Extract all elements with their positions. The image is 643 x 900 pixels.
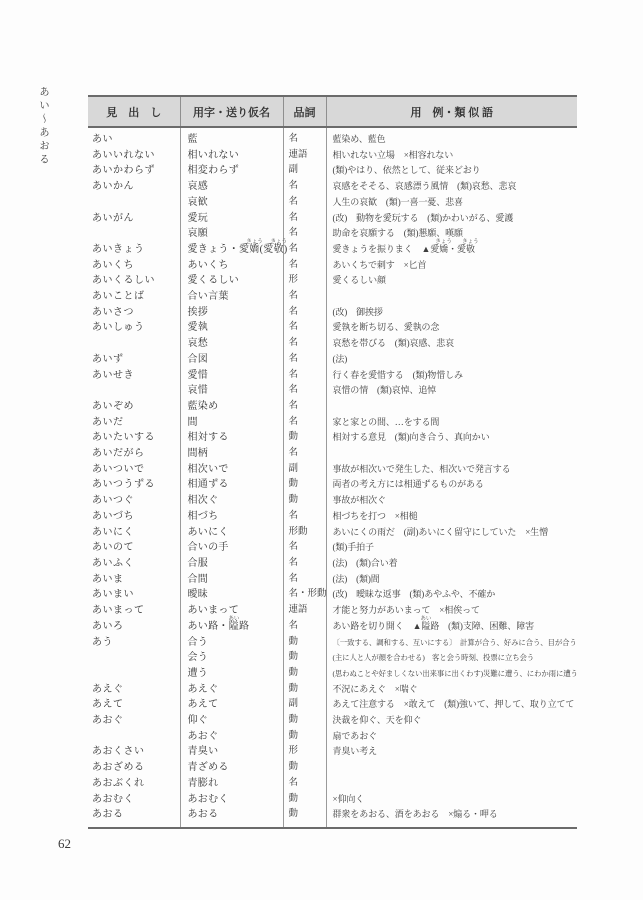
cell-yourei — [326, 399, 577, 415]
cell-hinshi: 名 — [283, 383, 326, 399]
cell-yoji: 挨拶 — [180, 305, 283, 321]
cell-hinshi: 名 — [283, 336, 326, 352]
cell-hinshi: 名 — [283, 289, 326, 305]
cell-yoji: 愛惜 — [180, 368, 283, 384]
cell-midashi: あいま — [88, 572, 180, 588]
cell-midashi: あえて — [88, 697, 180, 713]
cell-hinshi: 動 — [283, 666, 326, 682]
cell-yoji: 仰ぐ — [180, 713, 283, 729]
cell-midashi: あおむく — [88, 792, 180, 808]
cell-yoji: 愛執 — [180, 320, 283, 336]
cell-yoji: 合う — [180, 635, 283, 651]
cell-hinshi: 動 — [283, 635, 326, 651]
cell-yoji: 間 — [180, 415, 283, 431]
table-row: あおくさい青臭い形青臭い考え — [88, 744, 577, 760]
table-row: あおざめる青ざめる動 — [88, 760, 577, 776]
table-row: 哀願名助命を哀願する (類)懇願、嘆願 — [88, 226, 577, 242]
cell-midashi: あいにく — [88, 525, 180, 541]
cell-midashi: あいことば — [88, 289, 180, 305]
cell-yourei: 才能と努力があいまって ×相俟って — [326, 603, 577, 619]
cell-midashi: あいつうずる — [88, 477, 180, 493]
cell-yourei: (改) 曖昧な返事 (類)あやふや、不確か — [326, 587, 577, 603]
table-row: あおぶくれ青膨れ名 — [88, 776, 577, 792]
table-row: あいだ間名家と家との間、…をする間 — [88, 415, 577, 431]
cell-midashi — [88, 666, 180, 682]
cell-midashi — [88, 226, 180, 242]
cell-yourei — [326, 446, 577, 462]
cell-midashi: あいず — [88, 352, 180, 368]
cell-yoji: あおる — [180, 807, 283, 828]
cell-midashi: あう — [88, 635, 180, 651]
cell-yoji: 間柄 — [180, 446, 283, 462]
cell-midashi: あいがん — [88, 211, 180, 227]
cell-midashi: あえぐ — [88, 682, 180, 698]
table-row: あいにくあいにく形動あいにくの雨だ (副)あいにく留守にしていた ×生憎 — [88, 525, 577, 541]
cell-midashi: あい — [88, 127, 180, 148]
cell-yourei: ×仰向く — [326, 792, 577, 808]
cell-midashi: あいつぐ — [88, 493, 180, 509]
cell-yourei: 哀愁を帯びる (類)哀感、悲哀 — [326, 336, 577, 352]
table-row: あいさつ挨拶名(改) 御挨拶 — [88, 305, 577, 321]
cell-yourei: (法) — [326, 352, 577, 368]
cell-yoji: 藍 — [180, 127, 283, 148]
table-row: あいいれない相いれない連語相いれない立場 ×相容れない — [88, 148, 577, 164]
cell-hinshi: 名 — [283, 368, 326, 384]
cell-hinshi: 名 — [283, 399, 326, 415]
cell-midashi: あいだ — [88, 415, 180, 431]
cell-yourei: 哀惜の情 (類)哀悼、追悼 — [326, 383, 577, 399]
table-row: あいふく合服名(法) (類)合い着 — [88, 556, 577, 572]
table-row: あえてあえて副あえて注意する ×敢えて (類)強いて、押して、取り立てて — [88, 697, 577, 713]
cell-hinshi: 動 — [283, 792, 326, 808]
cell-yoji: 哀歓 — [180, 195, 283, 211]
cell-hinshi: 名 — [283, 619, 326, 635]
table-row: あいくちあいくち名あいくちで刺す ×匕首 — [88, 258, 577, 274]
cell-hinshi: 名 — [283, 415, 326, 431]
cell-yourei: 藍染め、藍色 — [326, 127, 577, 148]
cell-yoji: 愛玩 — [180, 211, 283, 227]
cell-yoji: 哀願 — [180, 226, 283, 242]
table-row: あいせき愛惜名行く春を愛惜する (類)物惜しみ — [88, 368, 577, 384]
cell-yourei: 群衆をあおる、酒をあおる ×煽る・呷る — [326, 807, 577, 828]
cell-yourei: 〔一致する、調和する、互いにする〕 計算が合う、好みに合う、目が合う — [326, 635, 577, 651]
cell-yoji: 相対する — [180, 430, 283, 446]
cell-yoji: 合服 — [180, 556, 283, 572]
table-row: あえぐあえぐ動不況にあえぐ ×喘ぐ — [88, 682, 577, 698]
cell-hinshi: 動 — [283, 729, 326, 745]
cell-yourei: (主に人と人が顔を合わせる) 客と会う時刻、投票に立ち会う — [326, 650, 577, 666]
table-row: あいかん哀感名哀感をそそる、哀感漂う風情 (類)哀愁、悲哀 — [88, 179, 577, 195]
cell-midashi — [88, 650, 180, 666]
cell-yourei: 相対する意見 (類)向き合う、真向かい — [326, 430, 577, 446]
cell-hinshi: 連語 — [283, 603, 326, 619]
cell-yoji: 相づち — [180, 509, 283, 525]
cell-midashi — [88, 729, 180, 745]
cell-yourei: (改) 御挨拶 — [326, 305, 577, 321]
cell-yoji: 合図 — [180, 352, 283, 368]
column-header-hinshi: 品詞 — [283, 96, 326, 127]
cell-hinshi: 形動 — [283, 525, 326, 541]
cell-yourei: あい路を切り開く ▲隘あい路 (類)支障、困難、障害 — [326, 619, 577, 635]
table-row: あいろあい路・隘あい路名あい路を切り開く ▲隘あい路 (類)支障、困難、障害 — [88, 619, 577, 635]
cell-midashi: あいまい — [88, 587, 180, 603]
cell-yoji: 愛くるしい — [180, 273, 283, 289]
cell-yourei — [326, 760, 577, 776]
table-header: 見 出 し 用字・送り仮名 品詞 用 例・類 似 語 — [88, 96, 577, 127]
cell-yourei — [326, 776, 577, 792]
table-row: あいくるしい愛くるしい形愛くるしい顔 — [88, 273, 577, 289]
cell-yoji: 青ざめる — [180, 760, 283, 776]
cell-hinshi: 名 — [283, 320, 326, 336]
cell-yourei: (法) (類)合い着 — [326, 556, 577, 572]
cell-yourei: あいくちで刺す ×匕首 — [326, 258, 577, 274]
cell-yourei: 両者の考え方には相通ずるものがある — [326, 477, 577, 493]
cell-yoji: 相変わらず — [180, 163, 283, 179]
cell-yourei: 相づちを打つ ×相槌 — [326, 509, 577, 525]
cell-yourei: 決裁を仰ぐ、天を仰ぐ — [326, 713, 577, 729]
cell-yoji: あいにく — [180, 525, 283, 541]
table-row: あおむくあおむく動×仰向く — [88, 792, 577, 808]
column-header-yoji: 用字・送り仮名 — [180, 96, 283, 127]
cell-yourei: 事故が相次ぐ — [326, 493, 577, 509]
cell-hinshi: 名 — [283, 211, 326, 227]
cell-hinshi: 名 — [283, 509, 326, 525]
table-row: あう合う動〔一致する、調和する、互いにする〕 計算が合う、好みに合う、目が合う — [88, 635, 577, 651]
cell-yoji: 相いれない — [180, 148, 283, 164]
cell-hinshi: 動 — [283, 713, 326, 729]
cell-yoji: 青膨れ — [180, 776, 283, 792]
cell-yourei: 家と家との間、…をする間 — [326, 415, 577, 431]
cell-midashi: あいかん — [88, 179, 180, 195]
cell-hinshi: 名 — [283, 540, 326, 556]
cell-midashi: あいくち — [88, 258, 180, 274]
cell-hinshi: 名 — [283, 242, 326, 258]
cell-hinshi: 名 — [283, 127, 326, 148]
cell-hinshi: 名 — [283, 258, 326, 274]
cell-yoji: 哀感 — [180, 179, 283, 195]
table-row: あいがん愛玩名(改) 動物を愛玩する (類)かわいがる、愛護 — [88, 211, 577, 227]
cell-hinshi: 動 — [283, 493, 326, 509]
cell-midashi: あいさつ — [88, 305, 180, 321]
cell-hinshi: 名・形動 — [283, 587, 326, 603]
table-row: あおぐ動扇であおぐ — [88, 729, 577, 745]
cell-yourei: (法) (類)間 — [326, 572, 577, 588]
header-row: 見 出 し 用字・送り仮名 品詞 用 例・類 似 語 — [88, 96, 577, 127]
cell-yoji: 相次ぐ — [180, 493, 283, 509]
cell-hinshi: 動 — [283, 430, 326, 446]
cell-midashi: あおる — [88, 807, 180, 828]
cell-yoji: 曖昧 — [180, 587, 283, 603]
table-row: あいつうずる相通ずる動両者の考え方には相通ずるものがある — [88, 477, 577, 493]
table-row: 哀歓名人生の哀歓 (類)一喜一憂、悲喜 — [88, 195, 577, 211]
cell-yourei: 事故が相次いで発生した、相次いで発言する — [326, 462, 577, 478]
table-row: 哀惜名哀惜の情 (類)哀悼、追悼 — [88, 383, 577, 399]
table-body: あい藍名藍染め、藍色あいいれない相いれない連語相いれない立場 ×相容れないあいか… — [88, 127, 577, 828]
column-header-yourei: 用 例・類 似 語 — [326, 96, 577, 127]
cell-yoji: 合い言葉 — [180, 289, 283, 305]
table-row: あいしゅう愛執名愛執を断ち切る、愛執の念 — [88, 320, 577, 336]
cell-midashi: あおぐ — [88, 713, 180, 729]
table-row: あいまってあいまって連語才能と努力があいまって ×相俟って — [88, 603, 577, 619]
cell-midashi: あいきょう — [88, 242, 180, 258]
table-row: あいことば合い言葉名 — [88, 289, 577, 305]
cell-midashi: あおくさい — [88, 744, 180, 760]
cell-midashi — [88, 195, 180, 211]
table-row: あいのて合いの手名(類)手拍子 — [88, 540, 577, 556]
table-row: あいまい曖昧名・形動(改) 曖昧な返事 (類)あやふや、不確か — [88, 587, 577, 603]
table-row: 会う動(主に人と人が顔を合わせる) 客と会う時刻、投票に立ち会う — [88, 650, 577, 666]
cell-yoji: 青臭い — [180, 744, 283, 760]
cell-hinshi: 名 — [283, 195, 326, 211]
table-row: あおるあおる動群衆をあおる、酒をあおる ×煽る・呷る — [88, 807, 577, 828]
cell-yoji: 相次いで — [180, 462, 283, 478]
cell-yoji: あおむく — [180, 792, 283, 808]
cell-hinshi: 動 — [283, 650, 326, 666]
cell-hinshi: 名 — [283, 305, 326, 321]
cell-hinshi: 名 — [283, 572, 326, 588]
cell-hinshi: 動 — [283, 807, 326, 828]
cell-yoji: あおぐ — [180, 729, 283, 745]
cell-midashi: あいだがら — [88, 446, 180, 462]
cell-yourei: 青臭い考え — [326, 744, 577, 760]
cell-yoji: 藍染め — [180, 399, 283, 415]
cell-yoji: あい路・隘あい路 — [180, 619, 283, 635]
table-row: あいだがら間柄名 — [88, 446, 577, 462]
table-row: 遭う動(思わぬことや好ましくない出来事に出くわす)災難に遭う、にわか雨に遭う — [88, 666, 577, 682]
cell-hinshi: 連語 — [283, 148, 326, 164]
cell-yourei: (改) 動物を愛玩する (類)かわいがる、愛護 — [326, 211, 577, 227]
table-row: あいぞめ藍染め名 — [88, 399, 577, 415]
cell-yoji: あえて — [180, 697, 283, 713]
cell-midashi: あおざめる — [88, 760, 180, 776]
cell-hinshi: 動 — [283, 760, 326, 776]
cell-hinshi: 名 — [283, 226, 326, 242]
cell-hinshi: 副 — [283, 163, 326, 179]
table-row: あい藍名藍染め、藍色 — [88, 127, 577, 148]
cell-yourei: (思わぬことや好ましくない出来事に出くわす)災難に遭う、にわか雨に遭う — [326, 666, 577, 682]
cell-midashi: あいたいする — [88, 430, 180, 446]
cell-midashi: あいくるしい — [88, 273, 180, 289]
cell-yourei: 相いれない立場 ×相容れない — [326, 148, 577, 164]
cell-yourei — [326, 289, 577, 305]
cell-hinshi: 副 — [283, 462, 326, 478]
cell-midashi: あいまって — [88, 603, 180, 619]
cell-hinshi: 名 — [283, 179, 326, 195]
side-index-label: あい〜あおる — [36, 86, 51, 167]
cell-yourei: 扇であおぐ — [326, 729, 577, 745]
cell-midashi: あいせき — [88, 368, 180, 384]
cell-yourei: 哀感をそそる、哀感漂う風情 (類)哀愁、悲哀 — [326, 179, 577, 195]
table-row: あおぐ仰ぐ動決裁を仰ぐ、天を仰ぐ — [88, 713, 577, 729]
table-row: あいついで相次いで副事故が相次いで発生した、相次いで発言する — [88, 462, 577, 478]
cell-yoji: 哀愁 — [180, 336, 283, 352]
cell-hinshi: 動 — [283, 477, 326, 493]
cell-hinshi: 副 — [283, 697, 326, 713]
cell-midashi: あおぶくれ — [88, 776, 180, 792]
cell-yoji: 哀惜 — [180, 383, 283, 399]
cell-yoji: 合いの手 — [180, 540, 283, 556]
page: あい〜あおる 見 出 し 用字・送り仮名 品詞 用 例・類 似 語 あい藍名藍染… — [0, 0, 643, 900]
cell-yourei: あえて注意する ×敢えて (類)強いて、押して、取り立てて — [326, 697, 577, 713]
cell-yoji: 愛きょう・愛嬌きょう(愛敬きょう) — [180, 242, 283, 258]
cell-yoji: 遭う — [180, 666, 283, 682]
cell-midashi: あいふく — [88, 556, 180, 572]
cell-yourei: あいにくの雨だ (副)あいにく留守にしていた ×生憎 — [326, 525, 577, 541]
cell-yoji: あえぐ — [180, 682, 283, 698]
cell-yoji: 相通ずる — [180, 477, 283, 493]
cell-yourei: 行く春を愛惜する (類)物惜しみ — [326, 368, 577, 384]
cell-yourei: 愛きょうを振りまく ▲愛嬌きょう・愛敬きょう — [326, 242, 577, 258]
cell-hinshi: 名 — [283, 556, 326, 572]
table-row: あいず合図名(法) — [88, 352, 577, 368]
table-row: あいたいする相対する動相対する意見 (類)向き合う、真向かい — [88, 430, 577, 446]
cell-yourei: 愛執を断ち切る、愛執の念 — [326, 320, 577, 336]
cell-hinshi: 名 — [283, 446, 326, 462]
cell-yourei: 愛くるしい顔 — [326, 273, 577, 289]
cell-midashi — [88, 383, 180, 399]
cell-midashi: あいづち — [88, 509, 180, 525]
cell-yourei: 不況にあえぐ ×喘ぐ — [326, 682, 577, 698]
cell-yoji: あいくち — [180, 258, 283, 274]
cell-midashi: あいいれない — [88, 148, 180, 164]
dictionary-table: 見 出 し 用字・送り仮名 品詞 用 例・類 似 語 あい藍名藍染め、藍色あいい… — [88, 95, 577, 829]
cell-hinshi: 形 — [283, 744, 326, 760]
table-row: あいきょう愛きょう・愛嬌きょう(愛敬きょう)名愛きょうを振りまく ▲愛嬌きょう・… — [88, 242, 577, 258]
table-row: あいかわらず相変わらず副(類)やはり、依然として、従来どおり — [88, 163, 577, 179]
cell-yourei: (類)やはり、依然として、従来どおり — [326, 163, 577, 179]
column-header-midashi: 見 出 し — [88, 96, 180, 127]
cell-hinshi: 形 — [283, 273, 326, 289]
cell-yourei: (類)手拍子 — [326, 540, 577, 556]
cell-yoji: 会う — [180, 650, 283, 666]
page-number: 62 — [58, 836, 71, 852]
cell-midashi: あいしゅう — [88, 320, 180, 336]
cell-midashi: あいぞめ — [88, 399, 180, 415]
table-row: あいつぐ相次ぐ動事故が相次ぐ — [88, 493, 577, 509]
cell-midashi: あいかわらず — [88, 163, 180, 179]
cell-hinshi: 動 — [283, 682, 326, 698]
cell-hinshi: 名 — [283, 352, 326, 368]
cell-hinshi: 名 — [283, 776, 326, 792]
cell-midashi: あいろ — [88, 619, 180, 635]
cell-midashi: あいついで — [88, 462, 180, 478]
table-row: あいま合間名(法) (類)間 — [88, 572, 577, 588]
cell-midashi — [88, 336, 180, 352]
cell-yoji: 合間 — [180, 572, 283, 588]
cell-yourei: 人生の哀歓 (類)一喜一憂、悲喜 — [326, 195, 577, 211]
table-row: あいづち相づち名相づちを打つ ×相槌 — [88, 509, 577, 525]
cell-midashi: あいのて — [88, 540, 180, 556]
table-row: 哀愁名哀愁を帯びる (類)哀感、悲哀 — [88, 336, 577, 352]
